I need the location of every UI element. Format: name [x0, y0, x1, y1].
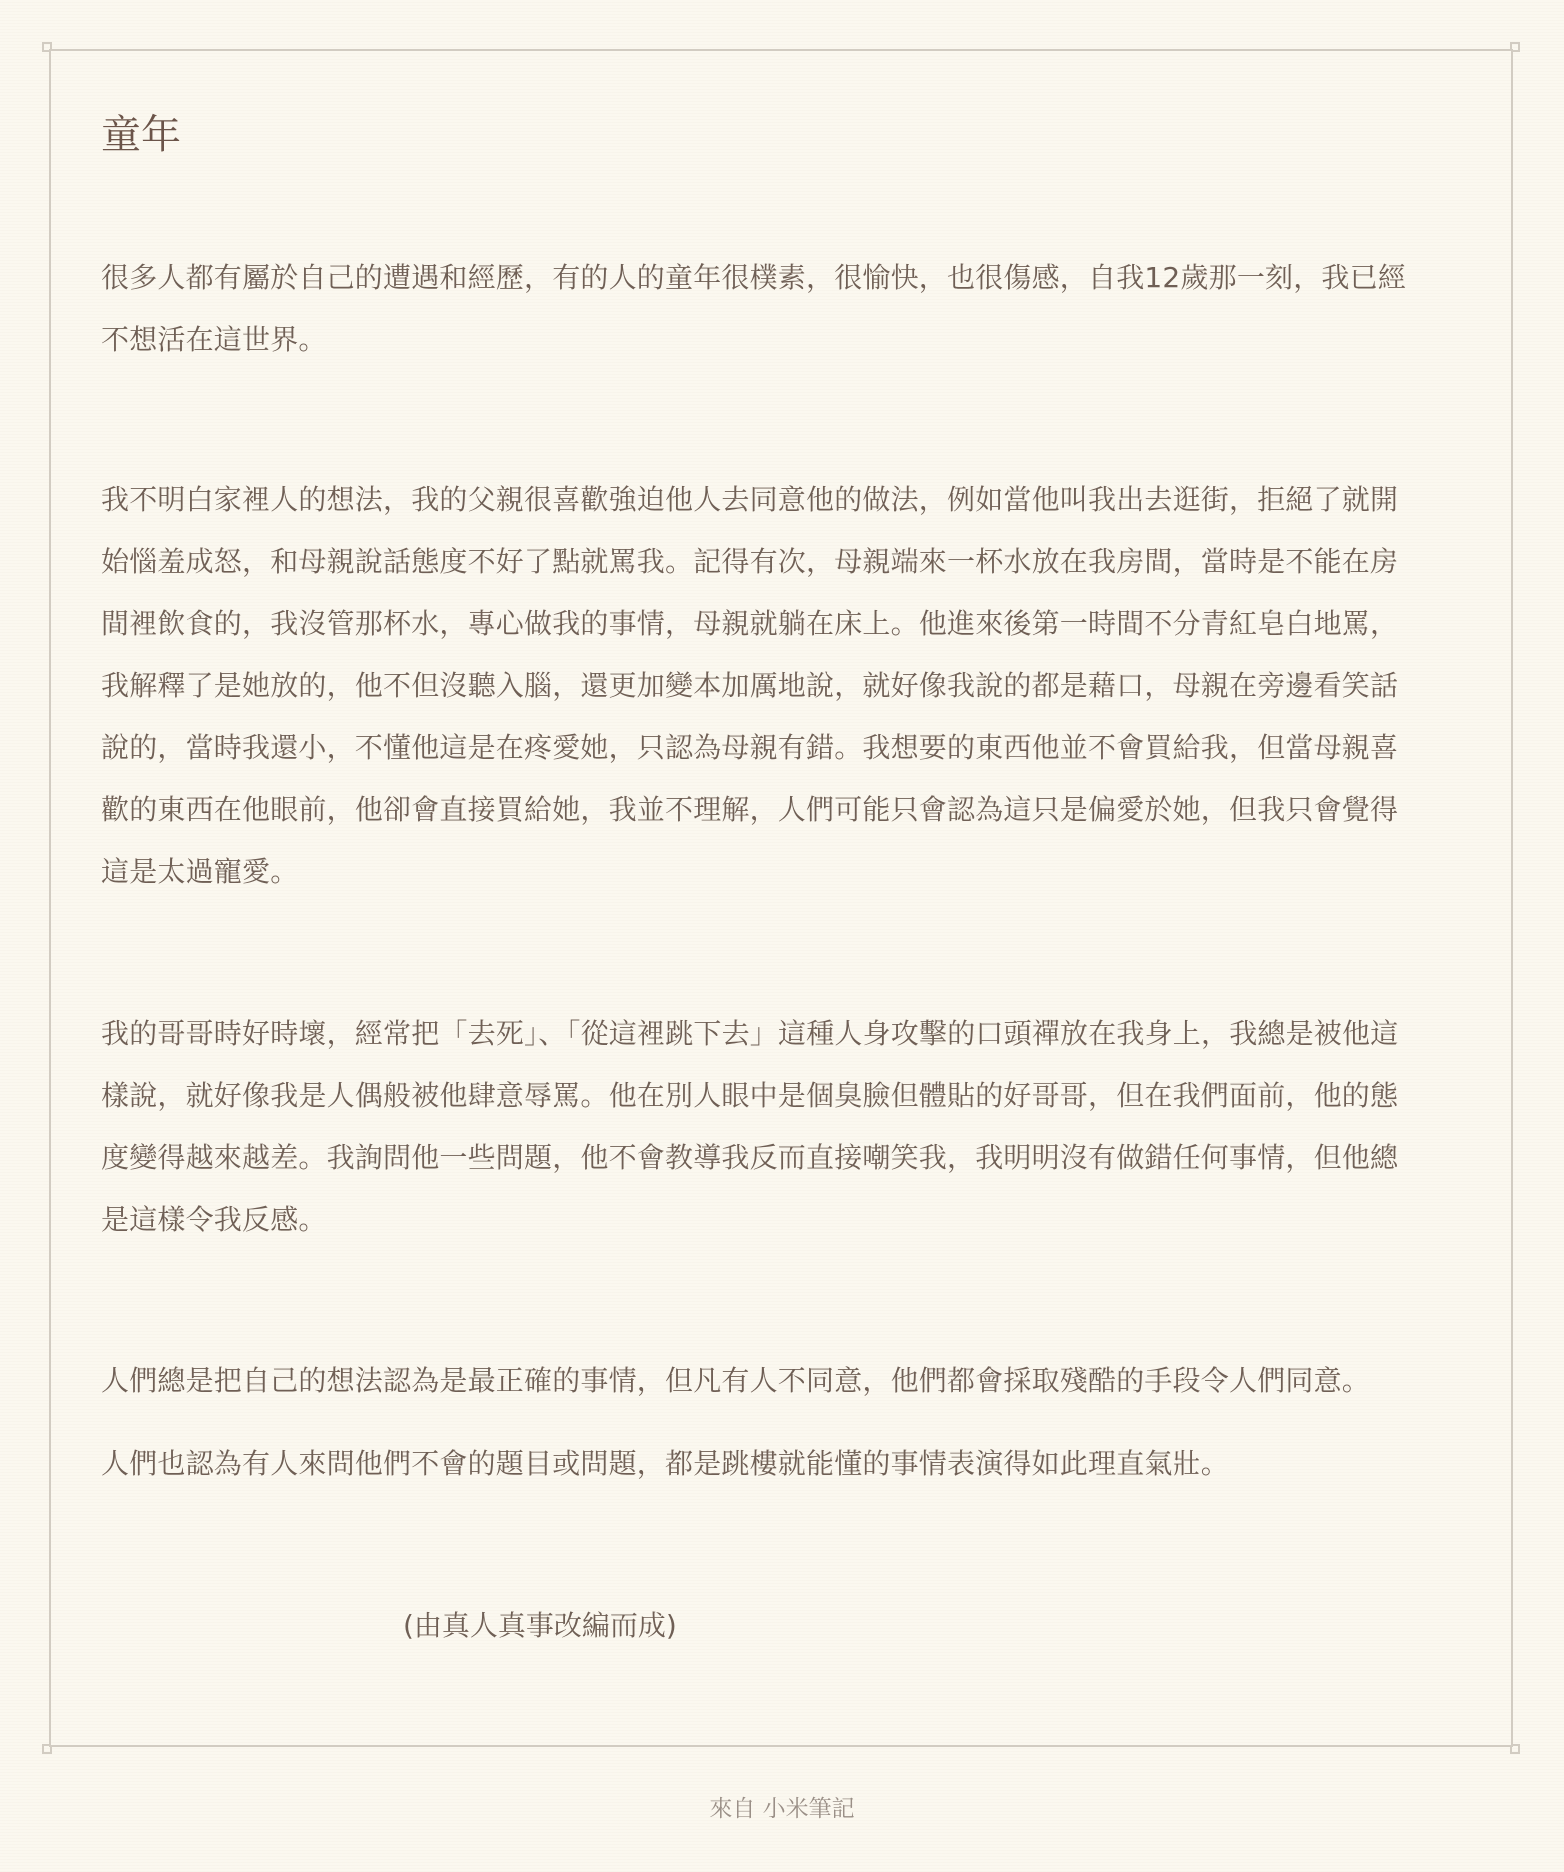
paragraph-2-line: 我解釋了是她放的，他不但沒聽入腦，還更加變本加厲地說，就好像我說的都是藉口，母親…	[101, 668, 1398, 704]
paragraph-3-line: 是這樣令我反感。	[101, 1202, 327, 1238]
paragraph-2-line: 歡的東西在他眼前，他卻會直接買給她，我並不理解，人們可能只會認為這只是偏愛於她，…	[101, 792, 1398, 828]
paragraph-1-line: 很多人都有屬於自己的遭遇和經歷，有的人的童年很樸素，很愉快，也很傷感，自我12歲…	[101, 260, 1406, 296]
note-frame	[49, 49, 1513, 1747]
story-attribution: (由真人真事改編而成)	[403, 1608, 677, 1644]
paragraph-2-line: 間裡飲食的，我沒管那杯水，專心做我的事情，母親就躺在床上。他進來後第一時間不分青…	[101, 606, 1398, 642]
source-footer: 來自 小米筆記	[0, 1793, 1564, 1825]
paragraph-2-line: 始惱羞成怒，和母親說話態度不好了點就罵我。記得有次，母親端來一杯水放在我房間，當…	[101, 544, 1398, 580]
paragraph-2-line: 說的，當時我還小，不懂他這是在疼愛她，只認為母親有錯。我想要的東西他並不會買給我…	[101, 730, 1398, 766]
corner-ornament-icon	[41, 1737, 59, 1755]
corner-ornament-icon	[1503, 41, 1521, 59]
paragraph-1-line: 不想活在這世界。	[101, 322, 327, 358]
paragraph-2-line: 我不明白家裡人的想法，我的父親很喜歡強迫他人去同意他的做法，例如當他叫我出去逛街…	[101, 482, 1398, 518]
paragraph-3-line: 我的哥哥時好時壞，經常把「去死」、「從這裡跳下去」這種人身攻擊的口頭禪放在我身上…	[101, 1016, 1398, 1052]
paragraph-3-line: 樣說，就好像我是人偶般被他肆意辱罵。他在別人眼中是個臭臉但體貼的好哥哥，但在我們…	[101, 1078, 1398, 1114]
corner-ornament-icon	[1503, 1737, 1521, 1755]
note-title: 童年	[101, 110, 181, 160]
paragraph-2-line: 這是太過寵愛。	[101, 854, 298, 890]
paragraph-5-line: 人們也認為有人來問他們不會的題目或問題，都是跳樓就能懂的事情表演得如此理直氣壯。	[101, 1446, 1229, 1482]
paragraph-3-line: 度變得越來越差。我詢問他一些問題，他不會教導我反而直接嘲笑我，我明明沒有做錯任何…	[101, 1140, 1398, 1176]
paragraph-4-line: 人們總是把自己的想法認為是最正確的事情，但凡有人不同意，他們都會採取殘酷的手段令…	[101, 1363, 1370, 1399]
corner-ornament-icon	[41, 41, 59, 59]
